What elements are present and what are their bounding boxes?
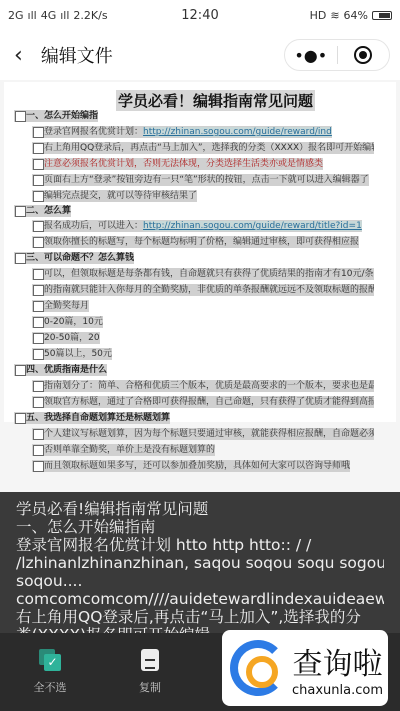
nav-bar: ‹ 编辑文件 •●• bbox=[0, 30, 400, 80]
back-icon[interactable]: ‹ bbox=[14, 43, 23, 68]
chaxunla-logo-icon bbox=[230, 640, 286, 696]
line-text: 一、怎么开始编指 bbox=[26, 111, 98, 121]
document-line[interactable]: 编辑完点提交，就可以等待审核结果了 bbox=[32, 190, 197, 202]
net-speed: 2.2K/s bbox=[73, 9, 107, 22]
line-text: 个人建议写标题划算，因为每个标题只要通过审核，就能获得相应报酬，自命题必须优质 bbox=[44, 429, 374, 439]
ocr-text-line: 学员必看!编辑指南常见问题 bbox=[16, 500, 384, 518]
ocr-text-line: 右上角用QQ登录后,再点击“马上加入”,选择我的分 bbox=[16, 608, 384, 626]
line-text: 五、我选择自命题划算还是标题划算 bbox=[26, 413, 170, 423]
wifi-icon: ≋ bbox=[330, 9, 339, 22]
document-line[interactable]: 登录官网报名优赏计划：http://zhinan.sogou.com/guide… bbox=[32, 126, 332, 138]
line-text: 报名成功后，可以进入： bbox=[44, 221, 143, 231]
document-line[interactable]: 注意必须报名优赏计划，否则无法体现，分类选择生活类亦或是情感类 bbox=[32, 158, 323, 170]
hd-label: HD bbox=[310, 9, 327, 22]
document-line[interactable]: 报名成功后，可以进入：http://zhinan.sogou.com/guide… bbox=[32, 220, 362, 232]
line-text: 注意必须报名优赏计划，否则无法体现，分类选择生活类亦或是情感类 bbox=[44, 159, 323, 169]
document-line[interactable]: 而且领取标题如果多写，还可以参加叠加奖励，具体如何大家可以咨询导师哦 bbox=[32, 460, 350, 472]
watermark-title: 查询啦 bbox=[293, 639, 383, 683]
deselect-all-label: 全不选 bbox=[34, 679, 67, 695]
signal-icon: ıll bbox=[28, 9, 37, 22]
line-text: 而且领取标题如果多写，还可以参加叠加奖励，具体如何大家可以咨询导师哦 bbox=[44, 461, 350, 471]
document-heading[interactable]: 二、怎么算 bbox=[14, 205, 71, 217]
copy-button[interactable]: 复制 bbox=[100, 633, 200, 711]
document-line[interactable]: 指南划分了：简单、合格和优质三个版本，优质是最高要求的一个版本，要求也是最高的 bbox=[32, 380, 374, 392]
mini-program-capsule: •●• bbox=[284, 39, 390, 71]
signal-icon: ıll bbox=[60, 9, 69, 22]
watermark: 查询啦 chaxunla.com bbox=[222, 630, 388, 706]
line-text: 页面右上方“登录”按钮旁边有一只“笔”形状的按钮，点击一下就可以进入编辑器了 bbox=[44, 175, 369, 185]
ocr-text-line: 登录官网报名优赏计划 htto http htto:: / / bbox=[16, 536, 384, 554]
line-text: 20-50篇，20 bbox=[44, 333, 100, 343]
line-text: 三、可以命题不？怎么算钱 bbox=[26, 253, 134, 263]
document-line[interactable]: 50篇以上，50元 bbox=[32, 348, 112, 360]
document-line[interactable]: 可以，但领取标题是每条都有钱，自命题就只有获得了优质结果的指南才有10元/条，非… bbox=[32, 268, 374, 280]
document-line[interactable]: 个人建议写标题划算，因为每个标题只要通过审核，就能获得相应报酬，自命题必须优质 bbox=[32, 428, 374, 440]
ocr-text-line: soqou.... bbox=[16, 572, 384, 590]
line-text: 可以，但领取标题是每条都有钱，自命题就只有获得了优质结果的指南才有10元/条，非… bbox=[44, 269, 374, 279]
ocr-text-line: 一、怎么开始编指南 bbox=[16, 518, 384, 536]
line-text: 全勤奖每月 bbox=[44, 301, 89, 311]
copy-label: 复制 bbox=[139, 679, 161, 695]
clock: 12:40 bbox=[181, 8, 218, 23]
line-text: 右上角用QQ登录后，再点击“马上加入”，选择我的分类（XXXX）报名即可开始编辑… bbox=[44, 143, 374, 153]
document-page: 学员必看！编辑指南常见问题 一、怎么开始编指登录官网报名优赏计划：http://… bbox=[4, 82, 396, 422]
line-text: 否则单靠全勤奖，单价上是没有标题划算的 bbox=[44, 445, 215, 455]
document-heading[interactable]: 一、怎么开始编指 bbox=[14, 110, 98, 122]
line-link[interactable]: http://zhinan.sogou.com/guide/reward/tit… bbox=[143, 221, 362, 231]
status-bar: 2Gıll 4Gıll 2.2K/s 12:40 HD ≋ 64% bbox=[0, 0, 400, 30]
recognized-text-panel[interactable]: 学员必看!编辑指南常见问题一、怎么开始编指南登录官网报名优赏计划 htto ht… bbox=[0, 492, 400, 633]
document-title[interactable]: 学员必看！编辑指南常见问题 bbox=[116, 90, 315, 111]
more-button[interactable]: •●• bbox=[285, 46, 337, 65]
line-text: 登录官网报名优赏计划： bbox=[44, 127, 143, 137]
line-text: 领取你擅长的标题写，每个标题均标明了价格，编辑通过审核，即可获得相应报 bbox=[44, 237, 359, 247]
close-mini-program-button[interactable] bbox=[338, 46, 390, 64]
document-heading[interactable]: 五、我选择自命题划算还是标题划算 bbox=[14, 412, 170, 424]
select-all-icon bbox=[39, 649, 61, 671]
document-line[interactable]: 页面右上方“登录”按钮旁边有一只“笔”形状的按钮，点击一下就可以进入编辑器了 bbox=[32, 174, 369, 186]
document-line[interactable]: 否则单靠全勤奖，单价上是没有标题划算的 bbox=[32, 444, 215, 456]
network-4g: 4G bbox=[41, 9, 57, 22]
document-line[interactable]: 右上角用QQ登录后，再点击“马上加入”，选择我的分类（XXXX）报名即可开始编辑… bbox=[32, 142, 374, 154]
line-text: 二、怎么算 bbox=[26, 206, 71, 216]
battery-percent: 64% bbox=[344, 9, 368, 22]
document-line[interactable]: 20-50篇，20 bbox=[32, 332, 100, 344]
network-2g: 2G bbox=[8, 9, 24, 22]
watermark-url: chaxunla.com bbox=[292, 683, 383, 698]
page-title: 编辑文件 bbox=[41, 42, 113, 68]
document-line[interactable]: 全勤奖每月 bbox=[32, 300, 89, 312]
document-line[interactable]: 0-20篇，10元 bbox=[32, 316, 103, 328]
document-line[interactable]: 的指南就只能计入你每月的全勤奖励，非优质的单条报酬就远远不及领取标题的报酬了 bbox=[32, 284, 374, 296]
line-link[interactable]: http://zhinan.sogou.com/guide/reward/ind bbox=[143, 127, 332, 137]
battery-icon bbox=[372, 11, 392, 20]
copy-icon bbox=[141, 649, 159, 671]
target-icon bbox=[354, 46, 372, 64]
document-line[interactable]: 领取你擅长的标题写，每个标题均标明了价格，编辑通过审核，即可获得相应报 bbox=[32, 236, 359, 248]
more-icon: •●• bbox=[294, 46, 327, 65]
document-line[interactable]: 领取官方标题，通过了合格即可获得报酬，自己命题，只有获得了优质才能得到高报酬 bbox=[32, 396, 374, 408]
line-text: 50篇以上，50元 bbox=[44, 349, 112, 359]
line-text: 领取官方标题，通过了合格即可获得报酬，自己命题，只有获得了优质才能得到高报酬 bbox=[44, 397, 374, 407]
line-text: 编辑完点提交，就可以等待审核结果了 bbox=[44, 191, 197, 201]
ocr-text-line: comcomcomcom////auidetewardlindexauideae… bbox=[16, 590, 384, 608]
document-preview: 学员必看！编辑指南常见问题 一、怎么开始编指登录官网报名优赏计划：http://… bbox=[0, 80, 400, 492]
line-text: 的指南就只能计入你每月的全勤奖励，非优质的单条报酬就远远不及领取标题的报酬了 bbox=[44, 285, 374, 295]
line-text: 四、优质指南是什么 bbox=[26, 365, 107, 375]
document-heading[interactable]: 三、可以命题不？怎么算钱 bbox=[14, 252, 134, 264]
line-text: 指南划分了：简单、合格和优质三个版本，优质是最高要求的一个版本，要求也是最高的 bbox=[44, 381, 374, 391]
document-heading[interactable]: 四、优质指南是什么 bbox=[14, 364, 107, 376]
deselect-all-button[interactable]: 全不选 bbox=[0, 633, 100, 711]
ocr-text-line: /lzhinanlzhinanzhinan, saqou soqou soqu … bbox=[16, 554, 384, 572]
line-text: 0-20篇，10元 bbox=[44, 317, 103, 327]
